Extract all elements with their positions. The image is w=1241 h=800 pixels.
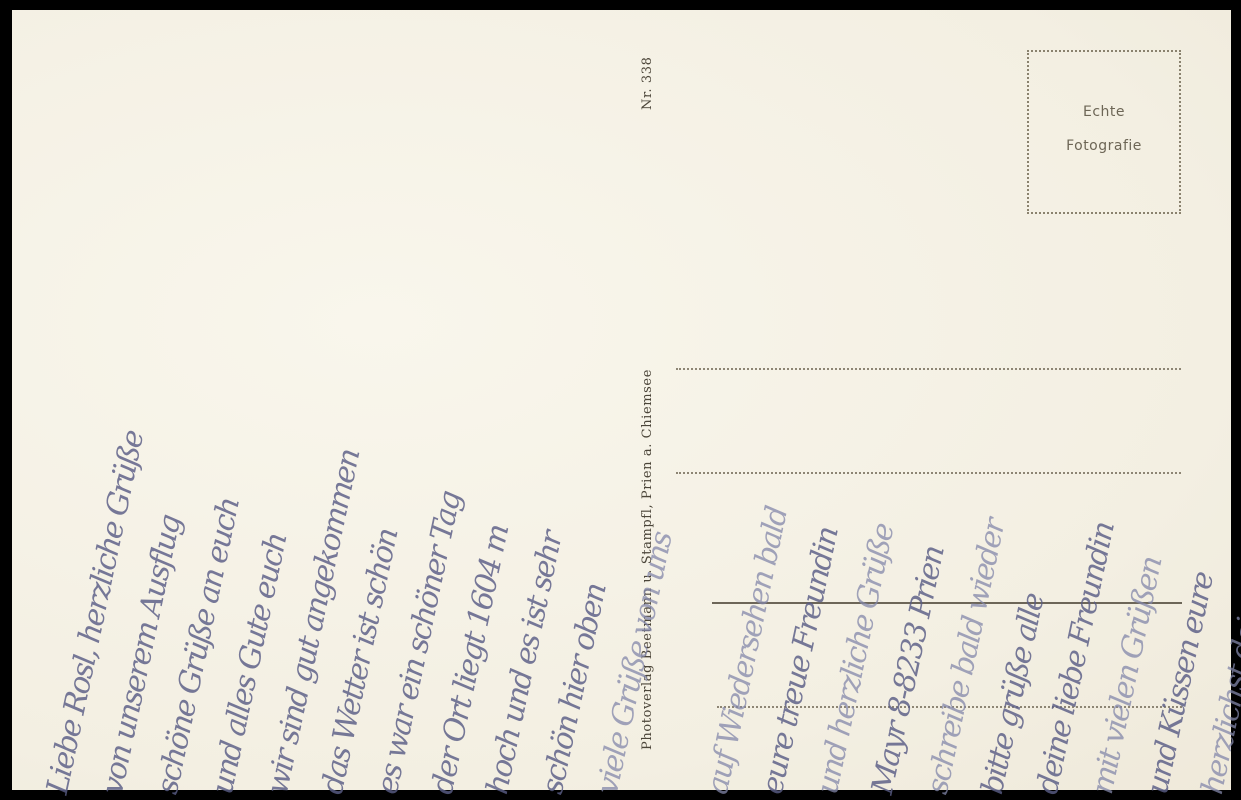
- stamp-label-line1: Echte: [1029, 104, 1179, 120]
- card-number: Nr. 338: [640, 57, 655, 110]
- stamp-box: Echte Fotografie: [1027, 50, 1181, 214]
- address-line-1: [676, 368, 1181, 370]
- address-line-2: [676, 472, 1181, 474]
- postcard-back: Echte Fotografie Nr. 338 Photoverlag Bee…: [12, 10, 1231, 790]
- handwriting-line: viele Grüße von uns: [590, 530, 680, 798]
- address-line-3: [712, 602, 1182, 604]
- stamp-label-line2: Fotografie: [1029, 138, 1179, 154]
